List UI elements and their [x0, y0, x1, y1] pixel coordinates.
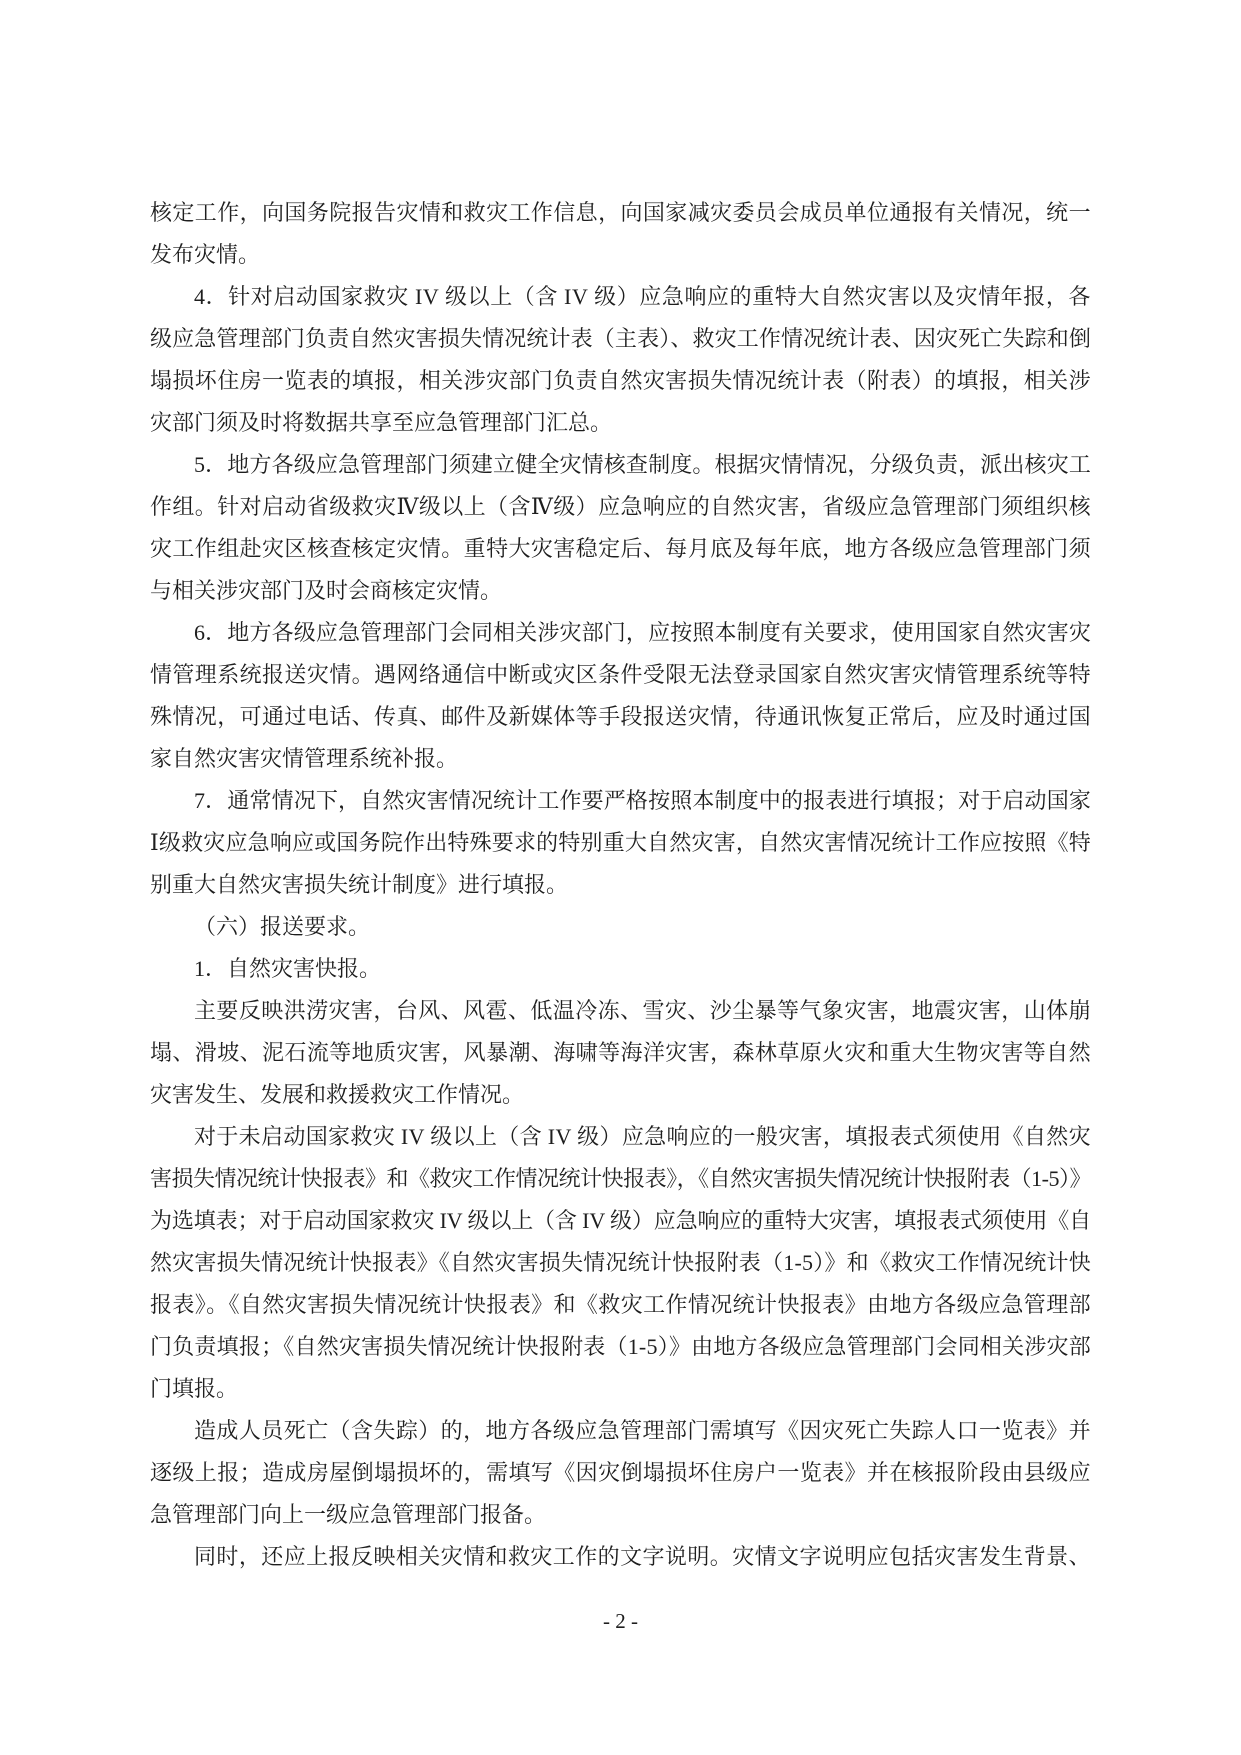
text-line: 殊情况，可通过电话、传真、邮件及新媒体等手段报送灾情，待通讯恢复正常后，应及时通… [150, 696, 1091, 738]
text-line-content: 情管理系统报送灾情。遇网络通信中断或灾区条件受限无法登录国家自然灾害灾情管理系统… [150, 662, 1091, 687]
text-line: 门填报。 [150, 1368, 1091, 1410]
text-line-content: 对于未启动国家救灾 IV 级以上（含 IV 级）应急响应的一般灾害，填报表式须使… [194, 1124, 1091, 1149]
text-line: 对于未启动国家救灾 IV 级以上（含 IV 级）应急响应的一般灾害，填报表式须使… [150, 1116, 1091, 1158]
text-line-content: 为选填表；对于启动国家救灾 IV 级以上（含 IV 级）应急响应的重特大灾害，填… [150, 1208, 1091, 1233]
text-line: 灾害发生、发展和救援救灾工作情况。 [150, 1074, 1091, 1116]
text-line-content: 造成人员死亡（含失踪）的，地方各级应急管理部门需填写《因灾死亡失踪人口一览表》并 [194, 1418, 1091, 1443]
text-line-content: 然灾害损失情况统计快报表》《自然灾害损失情况统计快报附表（1-5）》和《救灾工作… [150, 1250, 1091, 1275]
text-line: 门负责填报；《自然灾害损失情况统计快报附表（1-5）》由地方各级应急管理部门会同… [150, 1326, 1091, 1368]
text-line: 情管理系统报送灾情。遇网络通信中断或灾区条件受限无法登录国家自然灾害灾情管理系统… [150, 654, 1091, 696]
text-line: 然灾害损失情况统计快报表》《自然灾害损失情况统计快报附表（1-5）》和《救灾工作… [150, 1242, 1091, 1284]
text-line: 主要反映洪涝灾害，台风、风雹、低温冷冻、雪灾、沙尘暴等气象灾害，地震灾害，山体崩 [150, 990, 1091, 1032]
text-line: 塌、滑坡、泥石流等地质灾害，风暴潮、海啸等海洋灾害，森林草原火灾和重大生物灾害等… [150, 1032, 1091, 1074]
text-line: 与相关涉灾部门及时会商核定灾情。 [150, 570, 1091, 612]
page-number: - 2 - [0, 1600, 1241, 1642]
text-line-content: 5．地方各级应急管理部门须建立健全灾情核查制度。根据灾情情况，分级负责，派出核灾… [194, 452, 1091, 477]
text-line-content: （六）报送要求。 [194, 914, 370, 939]
text-line: 同时，还应上报反映相关灾情和救灾工作的文字说明。灾情文字说明应包括灾害发生背景、 [150, 1536, 1091, 1578]
text-line: 1．自然灾害快报。 [150, 948, 1091, 990]
text-line: 6．地方各级应急管理部门会同相关涉灾部门，应按照本制度有关要求，使用国家自然灾害… [150, 612, 1091, 654]
text-line-content: 主要反映洪涝灾害，台风、风雹、低温冷冻、雪灾、沙尘暴等气象灾害，地震灾害，山体崩 [194, 998, 1091, 1023]
text-line: 急管理部门向上一级应急管理部门报备。 [150, 1494, 1091, 1536]
text-line: 别重大自然灾害损失统计制度》进行填报。 [150, 864, 1091, 906]
text-line-content: 7．通常情况下，自然灾害情况统计工作要严格按照本制度中的报表进行填报；对于启动国… [194, 788, 1091, 813]
text-line-content: 塌、滑坡、泥石流等地质灾害，风暴潮、海啸等海洋灾害，森林草原火灾和重大生物灾害等… [150, 1040, 1091, 1065]
text-line-content: 家自然灾害灾情管理系统补报。 [150, 746, 458, 771]
text-line-content: 作组。针对启动省级救灾Ⅳ级以上（含Ⅳ级）应急响应的自然灾害，省级应急管理部门须组… [150, 494, 1091, 519]
text-line-content: 级应急管理部门负责自然灾害损失情况统计表（主表）、救灾工作情况统计表、因灾死亡失… [150, 326, 1091, 351]
text-line-content: 殊情况，可通过电话、传真、邮件及新媒体等手段报送灾情，待通讯恢复正常后，应及时通… [150, 704, 1091, 729]
text-line: 逐级上报；造成房屋倒塌损坏的，需填写《因灾倒塌损坏住房户一览表》并在核报阶段由县… [150, 1452, 1091, 1494]
text-line: 为选填表；对于启动国家救灾 IV 级以上（含 IV 级）应急响应的重特大灾害，填… [150, 1200, 1091, 1242]
text-line-content: 门填报。 [150, 1376, 238, 1401]
text-line: 5．地方各级应急管理部门须建立健全灾情核查制度。根据灾情情况，分级负责，派出核灾… [150, 444, 1091, 486]
text-line-content: 6．地方各级应急管理部门会同相关涉灾部门，应按照本制度有关要求，使用国家自然灾害… [194, 620, 1091, 645]
text-line: 灾工作组赴灾区核查核定灾情。重特大灾害稳定后、每月底及每年底，地方各级应急管理部… [150, 528, 1091, 570]
text-line: 级应急管理部门负责自然灾害损失情况统计表（主表）、救灾工作情况统计表、因灾死亡失… [150, 318, 1091, 360]
text-line-content: 灾部门须及时将数据共享至应急管理部门汇总。 [150, 410, 612, 435]
text-line: 发布灾情。 [150, 234, 1091, 276]
text-line: 作组。针对启动省级救灾Ⅳ级以上（含Ⅳ级）应急响应的自然灾害，省级应急管理部门须组… [150, 486, 1091, 528]
text-line: 4．针对启动国家救灾 IV 级以上（含 IV 级）应急响应的重特大自然灾害以及灾… [150, 276, 1091, 318]
text-line-content: 同时，还应上报反映相关灾情和救灾工作的文字说明。灾情文字说明应包括灾害发生背景、 [194, 1544, 1091, 1569]
text-line-content: 急管理部门向上一级应急管理部门报备。 [150, 1502, 546, 1527]
text-line-content: 塌损坏住房一览表的填报，相关涉灾部门负责自然灾害损失情况统计表（附表）的填报，相… [150, 368, 1091, 393]
text-line-content: Ⅰ级救灾应急响应或国务院作出特殊要求的特别重大自然灾害，自然灾害情况统计工作应按… [150, 830, 1091, 855]
text-line-content: 门负责填报；《自然灾害损失情况统计快报附表（1-5）》由地方各级应急管理部门会同… [150, 1334, 1091, 1359]
text-line-content: 别重大自然灾害损失统计制度》进行填报。 [150, 872, 568, 897]
text-line: 害损失情况统计快报表》和《救灾工作情况统计快报表》，《自然灾害损失情况统计快报附… [150, 1158, 1091, 1200]
text-line: 报表》。《自然灾害损失情况统计快报表》和《救灾工作情况统计快报表》由地方各级应急… [150, 1284, 1091, 1326]
text-line: 灾部门须及时将数据共享至应急管理部门汇总。 [150, 402, 1091, 444]
text-line: 塌损坏住房一览表的填报，相关涉灾部门负责自然灾害损失情况统计表（附表）的填报，相… [150, 360, 1091, 402]
text-line-content: 核定工作，向国务院报告灾情和救灾工作信息，向国家减灾委员会成员单位通报有关情况，… [150, 200, 1091, 225]
text-line: Ⅰ级救灾应急响应或国务院作出特殊要求的特别重大自然灾害，自然灾害情况统计工作应按… [150, 822, 1091, 864]
text-line: 核定工作，向国务院报告灾情和救灾工作信息，向国家减灾委员会成员单位通报有关情况，… [150, 192, 1091, 234]
text-line-content: 与相关涉灾部门及时会商核定灾情。 [150, 578, 502, 603]
text-line: 造成人员死亡（含失踪）的，地方各级应急管理部门需填写《因灾死亡失踪人口一览表》并 [150, 1410, 1091, 1452]
text-line-content: 1．自然灾害快报。 [194, 956, 381, 981]
text-line-content: 报表》。《自然灾害损失情况统计快报表》和《救灾工作情况统计快报表》由地方各级应急… [150, 1292, 1091, 1317]
document-page: 核定工作，向国务院报告灾情和救灾工作信息，向国家减灾委员会成员单位通报有关情况，… [0, 0, 1241, 1755]
text-line-content: 害损失情况统计快报表》和《救灾工作情况统计快报表》，《自然灾害损失情况统计快报附… [150, 1166, 1091, 1191]
text-line: （六）报送要求。 [150, 906, 1091, 948]
text-line-content: 发布灾情。 [150, 242, 260, 267]
text-line: 7．通常情况下，自然灾害情况统计工作要严格按照本制度中的报表进行填报；对于启动国… [150, 780, 1091, 822]
text-line: 家自然灾害灾情管理系统补报。 [150, 738, 1091, 780]
text-line-content: 灾工作组赴灾区核查核定灾情。重特大灾害稳定后、每月底及每年底，地方各级应急管理部… [150, 536, 1091, 561]
text-line-content: 4．针对启动国家救灾 IV 级以上（含 IV 级）应急响应的重特大自然灾害以及灾… [194, 284, 1091, 309]
document-body: 核定工作，向国务院报告灾情和救灾工作信息，向国家减灾委员会成员单位通报有关情况，… [150, 192, 1091, 1578]
text-line-content: 灾害发生、发展和救援救灾工作情况。 [150, 1082, 524, 1107]
text-line-content: 逐级上报；造成房屋倒塌损坏的，需填写《因灾倒塌损坏住房户一览表》并在核报阶段由县… [150, 1460, 1091, 1485]
